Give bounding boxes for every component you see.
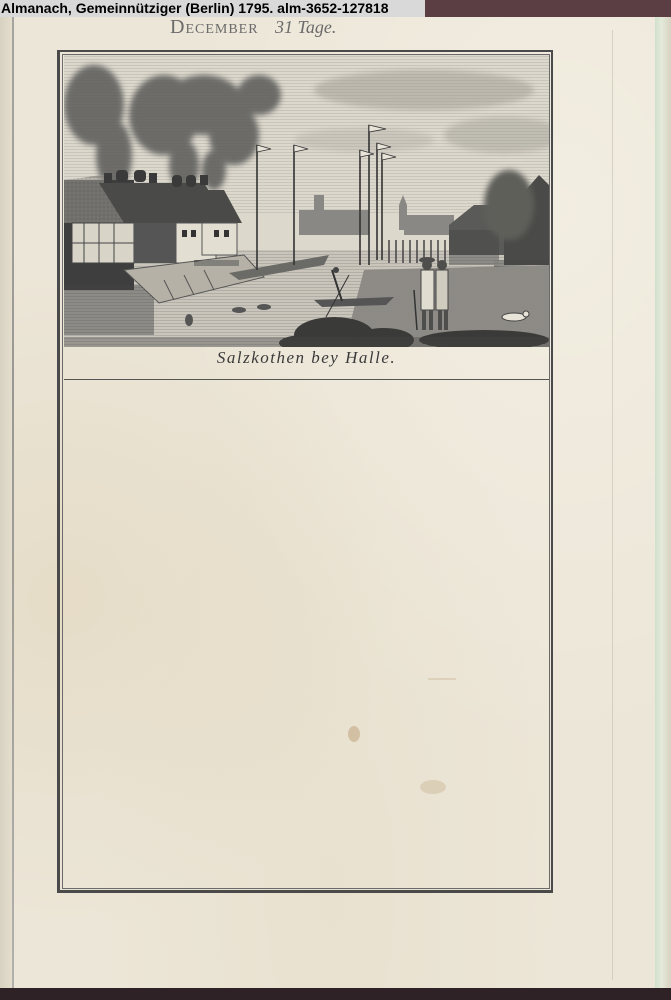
title-bar-filler [424, 0, 671, 17]
foxing-stain [420, 780, 446, 794]
plate-caption: Salzkothen bey Halle. [64, 348, 549, 368]
window-title: Almanach, Gemeinnütziger (Berlin) 1795. … [0, 0, 425, 17]
engraving-salzkothen [64, 55, 549, 347]
caption-rule [64, 379, 549, 380]
month-heading: December [170, 16, 259, 38]
spine-edge [0, 14, 12, 988]
foxing-stain [348, 726, 360, 742]
fiber-mark [428, 678, 456, 680]
page-right-edge [655, 14, 671, 988]
page-fold-line [612, 30, 613, 980]
scan-bottom-edge [0, 988, 671, 1000]
running-head: December 31 Tage. [170, 16, 336, 40]
days-count: 31 Tage. [275, 17, 336, 37]
gutter-line [12, 14, 14, 988]
